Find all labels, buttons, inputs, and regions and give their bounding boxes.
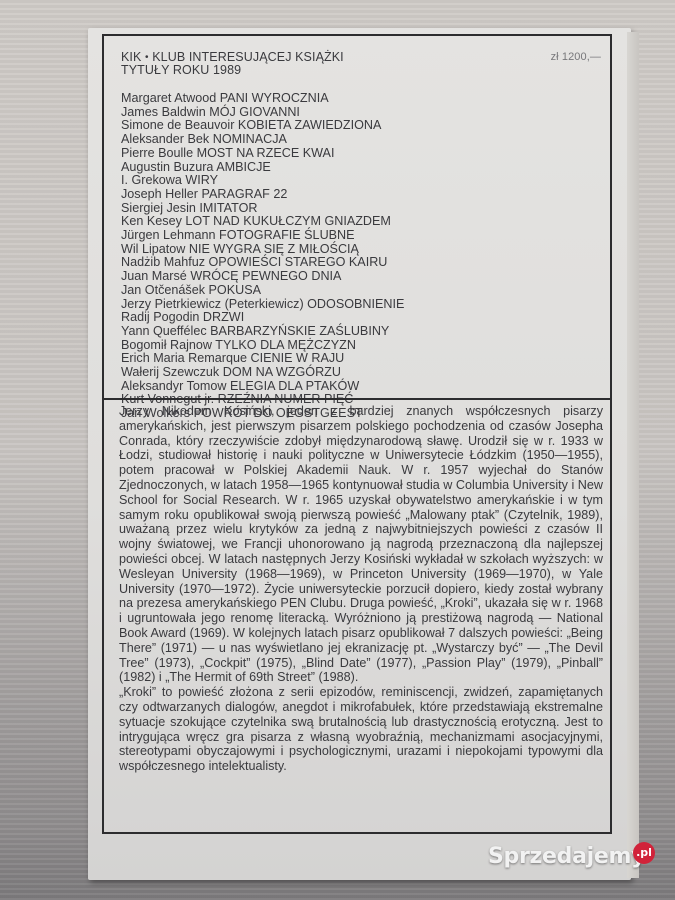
title-author: Radij Pogodin [121, 310, 199, 324]
title-author: Juan Marsé [121, 269, 187, 283]
title-name: PANI WYROCZNIA [220, 91, 329, 105]
title-author: Nadżib Mahfuz [121, 255, 205, 269]
title-name: IMITATOR [199, 201, 257, 215]
title-author: Bogomił Rajnow [121, 338, 212, 352]
title-author: Pierre Boulle [121, 146, 193, 160]
title-name: KOBIETA ZAWIEDZIONA [238, 118, 381, 132]
title-entry: Aleksander Bek NOMINACJA [121, 133, 601, 147]
title-name: AMBICJE [216, 160, 271, 174]
title-name: WIRY [185, 173, 218, 187]
title-entry: Juan Marsé WRÓCĘ PEWNEGO DNIA [121, 270, 601, 284]
title-name: MOST NA RZECE KWAI [197, 146, 335, 160]
title-entry: Ken Kesey LOT NAD KUKUŁCZYM GNIAZDEM [121, 215, 601, 229]
title-entry: Augustin Buzura AMBICJE [121, 161, 601, 175]
title-author: Simone de Beauvoir [121, 118, 234, 132]
watermark-logo: Sprzedajemy [488, 844, 645, 869]
price-label: zł 1200,— [551, 51, 601, 64]
title-name: FOTOGRAFIE ŚLUBNE [219, 228, 355, 242]
title-author: Augustin Buzura [121, 160, 213, 174]
title-name: PARAGRAF 22 [202, 187, 288, 201]
title-author: Joseph Heller [121, 187, 198, 201]
titles-list: Margaret Atwood PANI WYROCZNIAJames Bald… [121, 92, 601, 421]
title-entry: Pierre Boulle MOST NA RZECE KWAI [121, 147, 601, 161]
title-author: I. Grekowa [121, 173, 182, 187]
title-author: James Baldwin [121, 105, 206, 119]
title-name: NOMINACJA [213, 132, 287, 146]
bio-paragraph: Jerzy Nikodem Kosiński, jeden z bardziej… [119, 404, 603, 685]
title-author: Erich Maria Remarque [121, 351, 247, 365]
title-entry: I. Grekowa WIRY [121, 174, 601, 188]
title-entry: Siergiej Jesin IMITATOR [121, 202, 601, 216]
bullet-icon: • [145, 52, 149, 63]
section-divider [104, 398, 610, 400]
series-header: KIK • KLUB INTERESUJĄCEJ KSIĄŻKI TYTUŁY … [121, 51, 601, 77]
title-name: LOT NAD KUKUŁCZYM GNIAZDEM [185, 214, 391, 228]
title-name: ODOSOBNIENIE [307, 297, 404, 311]
series-prefix: KIK [121, 50, 141, 64]
title-author: Wil Lipatow [121, 242, 185, 256]
watermark-badge-icon: .pl [633, 842, 655, 864]
title-name: DRZWI [203, 310, 244, 324]
title-author: Margaret Atwood [121, 91, 216, 105]
title-name: MÓJ GIOVANNI [209, 105, 300, 119]
title-name: WRÓCĘ PEWNEGO DNIA [190, 269, 341, 283]
title-entry: Jan Otčenášek POKUSA [121, 284, 601, 298]
title-entry: Yann Queffélec BARBARZYŃSKIE ZAŚLUBINY [121, 325, 601, 339]
title-author: Jürgen Lehmann [121, 228, 216, 242]
title-entry: Margaret Atwood PANI WYROCZNIA [121, 92, 601, 106]
title-author: Wałerij Szewczuk [121, 365, 219, 379]
title-entry: Radij Pogodin DRZWI [121, 311, 601, 325]
title-author: Ken Kesey [121, 214, 182, 228]
title-entry: Bogomił Rajnow TYLKO DLA MĘŻCZYZN [121, 339, 601, 353]
title-name: ELEGIA DLA PTAKÓW [230, 379, 359, 393]
title-name: CIENIE W RAJU [250, 351, 344, 365]
title-author: Aleksandyr Tomow [121, 379, 226, 393]
title-entry: Jerzy Pietrkiewicz (Peterkiewicz) ODOSOB… [121, 298, 601, 312]
title-entry: Erich Maria Remarque CIENIE W RAJU [121, 352, 601, 366]
book-page-edge [627, 32, 639, 878]
title-entry: Simone de Beauvoir KOBIETA ZAWIEDZIONA [121, 119, 601, 133]
title-author: Siergiej Jesin [121, 201, 196, 215]
title-name: DOM NA WZGÓRZU [223, 365, 341, 379]
title-author: Aleksander Bek [121, 132, 209, 146]
bio-paragraph: „Kroki” to powieść złożona z serii epizo… [119, 685, 603, 774]
cover-frame: KIK • KLUB INTERESUJĄCEJ KSIĄŻKI TYTUŁY … [102, 34, 612, 834]
title-entry: James Baldwin MÓJ GIOVANNI [121, 106, 601, 120]
title-author: Jan Otčenášek [121, 283, 205, 297]
title-name: POKUSA [209, 283, 262, 297]
title-name: OPOWIEŚCI STAREGO KAIRU [209, 255, 388, 269]
series-subtitle: TYTUŁY ROKU 1989 [121, 64, 601, 77]
title-entry: Joseph Heller PARAGRAF 22 [121, 188, 601, 202]
title-author: Yann Queffélec [121, 324, 207, 338]
title-entry: Wałerij Szewczuk DOM NA WZGÓRZU [121, 366, 601, 380]
title-name: NIE WYGRA SIĘ Z MIŁOŚCIĄ [189, 242, 359, 256]
book-back-cover: KIK • KLUB INTERESUJĄCEJ KSIĄŻKI TYTUŁY … [88, 28, 631, 880]
title-name: TYLKO DLA MĘŻCZYZN [215, 338, 356, 352]
title-author: Jerzy Pietrkiewicz (Peterkiewicz) [121, 297, 304, 311]
title-entry: Jürgen Lehmann FOTOGRAFIE ŚLUBNE [121, 229, 601, 243]
author-biography: Jerzy Nikodem Kosiński, jeden z bardziej… [119, 404, 603, 774]
series-name: KLUB INTERESUJĄCEJ KSIĄŻKI [152, 50, 344, 64]
title-name: BARBARZYŃSKIE ZAŚLUBINY [210, 324, 389, 338]
